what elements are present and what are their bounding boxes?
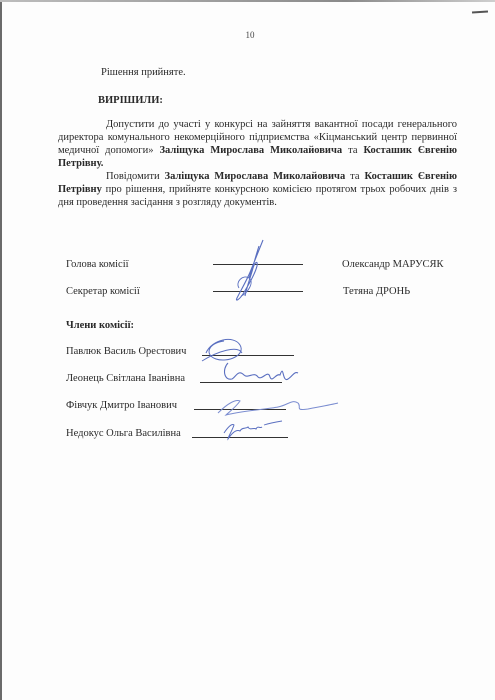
candidate-name-1: Заліщука Мирослава Миколайовича [165, 171, 346, 182]
scan-left-edge [0, 0, 2, 700]
members-heading: Члени комісії: [66, 319, 134, 332]
document-page: 10 Рішення прийняте. ВИРІШИЛИ: Допустити… [0, 0, 495, 700]
paragraph-notify: Повідомити Заліщука Мирослава Миколайови… [58, 170, 457, 209]
scan-top-edge [0, 0, 495, 2]
chair-secretary-signature [225, 238, 275, 313]
member-3-name: Фівчук Дмитро Іванович [66, 399, 177, 412]
corner-mark [472, 10, 488, 13]
chair-name: Олександр МАРУСЯК [342, 258, 444, 271]
secretary-role: Секретар комісії [66, 285, 140, 298]
member-1-name: Павлюк Василь Орестович [66, 345, 186, 358]
period: . [101, 158, 104, 169]
member-4-name: Недокус Ольга Василівна [66, 427, 181, 440]
paragraph-notify-text-1: Повідомити [106, 171, 165, 182]
secretary-name: Тетяна ДРОНЬ [343, 285, 410, 298]
page-number: 10 [240, 30, 260, 40]
resolved-heading: ВИРІШИЛИ: [98, 94, 163, 107]
paragraph-notify-text-2: про рішення, прийняте конкурсною комісіє… [58, 184, 457, 208]
member-2-name: Леонець Світлана Іванівна [66, 372, 185, 385]
paragraph-admit: Допустити до участі у конкурсі на зайнят… [58, 118, 457, 170]
chair-role: Голова комісії [66, 258, 129, 271]
decision-accepted-text: Рішення прийняте. [101, 66, 186, 79]
member-signatures [198, 333, 338, 448]
conjunction: та [345, 171, 364, 182]
candidate-name-1: Заліщука Мирослава Миколайовича [159, 145, 342, 156]
conjunction: та [342, 145, 363, 156]
